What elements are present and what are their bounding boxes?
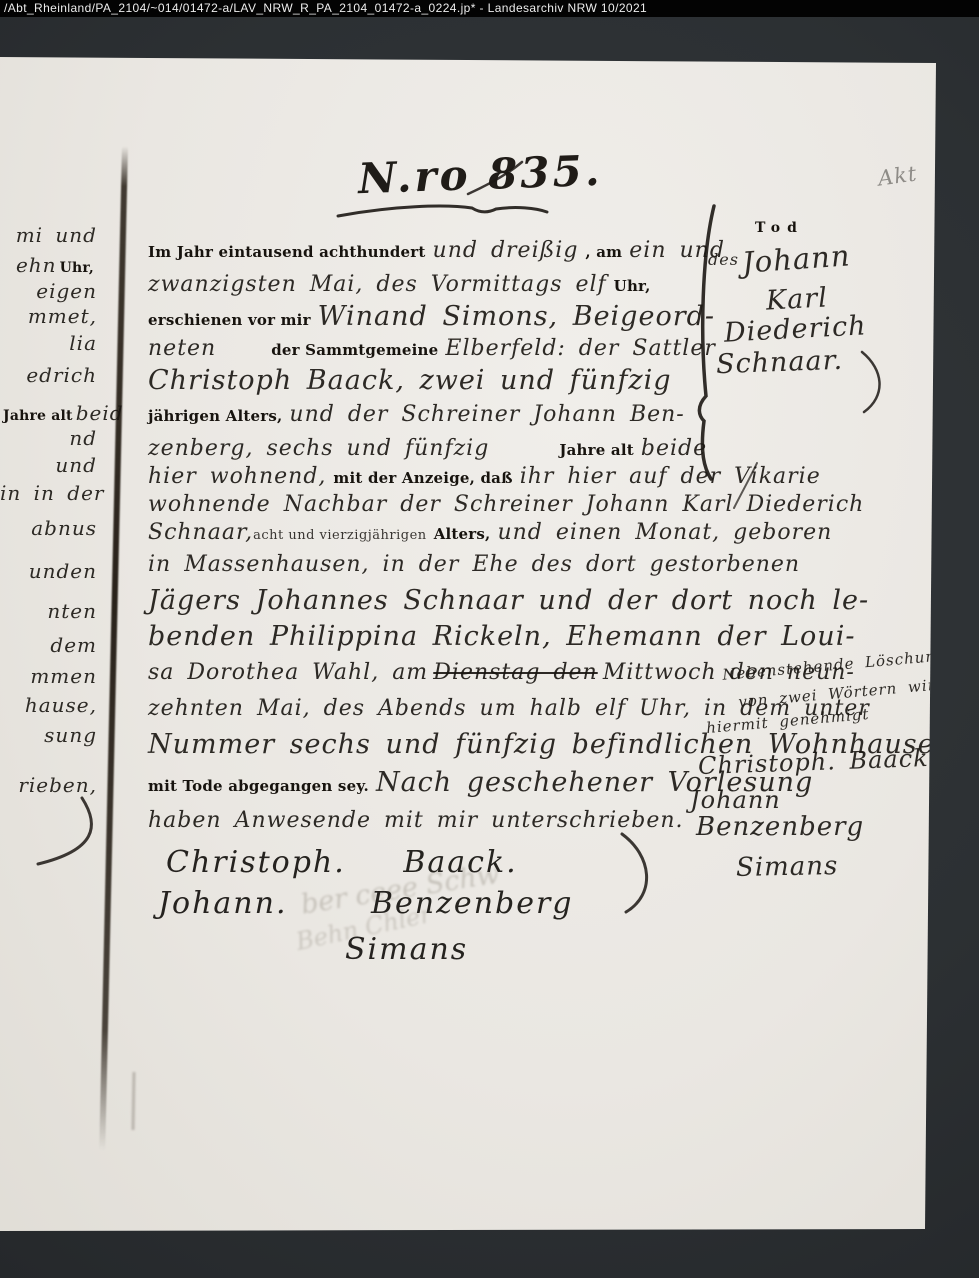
record-number: N.ro 835. — [357, 146, 603, 203]
handwritten-fragment: unden — [29, 559, 97, 583]
struck-through-words: Dienstag den — [433, 660, 597, 685]
handwritten-fragment: in in der — [0, 481, 104, 505]
printed-form-text: Jahre alt — [559, 441, 634, 459]
handwritten-fragment: dem — [50, 633, 97, 657]
margin-des: des — [708, 250, 739, 269]
record-line: Schnaar,acht und vierzigjährigenAlters,u… — [148, 518, 832, 551]
printed-form-text: der Sammtgemeine — [271, 341, 438, 359]
printed-form-text: jährigen Alters, — [148, 407, 282, 425]
printed-form-text: , am — [585, 243, 622, 261]
handwritten-entry: und dreißig — [433, 238, 579, 263]
scanned-register-page: mi und ehnUhr, eigen mmet, lia edrich Ja… — [0, 0, 979, 1278]
signature-christoph-baack: Christoph. Baack. — [166, 845, 518, 880]
handwritten-fragment: hause, — [25, 693, 97, 717]
book-binding-crease — [99, 146, 128, 1151]
handwritten-entry: zenberg, sechs und fünfzig — [148, 436, 489, 461]
record-line: zenberg, sechs und fünfzigJahre altbeide — [148, 434, 707, 465]
record-line: hier wohnend,mit der Anzeige, daßihr hie… — [148, 462, 821, 493]
handwritten-entry: Christoph Baack, zwei und fünfzig — [148, 365, 672, 396]
signature-simans: Simans — [345, 932, 468, 967]
margin-name-line: Johann — [741, 238, 852, 279]
printed-form-text: mit der Anzeige, daß — [333, 469, 512, 487]
handwritten-fragment: mi und — [16, 223, 97, 247]
left-page-fragment: eigen — [0, 278, 97, 306]
handwritten-entry: beide — [641, 436, 707, 461]
record-line: wohnende Nachbar der Schreiner Johann Ka… — [148, 490, 864, 521]
left-page-fragment: rieben, — [0, 772, 97, 800]
left-page-fragment: in in der — [0, 480, 97, 508]
printed-form-text: erschienen vor mir — [148, 311, 311, 329]
handwritten-entry: wohnende Nachbar der Schreiner Johann Ka… — [148, 492, 864, 517]
record-line: netender SammtgemeineElberfeld: der Satt… — [148, 334, 716, 365]
margin-signature: Benzenberg — [696, 812, 864, 842]
left-page-fragment: nd — [0, 425, 97, 453]
left-page-fragment: dem — [0, 632, 97, 660]
handwritten-entry: ihr hier auf der Vikarie — [520, 464, 821, 489]
pencil-note: Akt — [877, 161, 919, 190]
window-title-bar: /Abt_Rheinland/PA_2104/~014/01472-a/LAV_… — [0, 0, 979, 17]
handwritten-fragment: eigen — [36, 279, 97, 303]
left-page-fragment: mi und — [0, 222, 97, 250]
handwritten-entry: Winand Simons, Beigeord- — [318, 301, 715, 332]
handwritten-fragment: nten — [47, 599, 97, 623]
handwritten-fragment: beid — [76, 401, 124, 425]
handwritten-fragment: lia — [69, 331, 97, 355]
record-line: benden Philippina Rickeln, Ehemann der L… — [148, 622, 855, 655]
record-line: Im Jahr eintausend achthundertund dreißi… — [148, 236, 725, 267]
record-line: in Massenhausen, in der Ehe des dort ges… — [148, 550, 800, 581]
record-line: Jägers Johannes Schnaar und der dort noc… — [148, 586, 869, 619]
printed-fragment: Jahre alt — [3, 408, 73, 424]
left-page-fragment: mmet, — [0, 303, 97, 331]
record-line: haben Anwesende mit mir unterschrieben. — [148, 806, 684, 837]
handwritten-entry: und einen Monat, geboren — [497, 520, 832, 545]
left-page-fragment: und — [0, 452, 97, 480]
left-page-fragment: edrich — [0, 362, 97, 390]
handwritten-entry: sa Dorothea Wahl, am — [148, 660, 428, 685]
handwritten-entry: zwanzigsten Mai, des Vormittags elf — [148, 272, 607, 297]
printed-form-text: mit Tode abgegangen sey. — [148, 777, 369, 795]
handwritten-fragment: mmen — [30, 664, 97, 688]
handwritten-entry: hier wohnend, — [148, 464, 326, 489]
record-line: Christoph Baack, zwei und fünfzig — [148, 366, 672, 399]
left-page-fragment: unden — [0, 558, 97, 586]
handwritten-entry: Elberfeld: der Sattler — [445, 336, 715, 361]
handwritten-insert: acht und vierzigjährigen — [253, 528, 427, 543]
printed-fragment: Uhr, — [60, 260, 94, 276]
binding-crease-shadow — [131, 1072, 135, 1130]
handwritten-fragment: nd — [69, 426, 97, 450]
margin-name-line: Diederich — [723, 310, 867, 348]
left-page-fragment: hause, — [0, 692, 97, 720]
left-page-fragment: abnus — [0, 515, 97, 543]
record-line: jährigen Alters,und der Schreiner Johann… — [148, 400, 685, 431]
printed-form-text: Uhr, — [614, 277, 651, 295]
margin-heading-tod: Tod — [755, 220, 804, 236]
handwritten-fragment: mmet, — [28, 304, 97, 328]
handwritten-entry: Jägers Johannes Schnaar und der dort noc… — [148, 585, 869, 616]
handwritten-fragment: sung — [44, 723, 97, 747]
handwritten-entry: und der Schreiner Johann Ben- — [289, 402, 684, 427]
margin-signature: Johann — [690, 786, 781, 814]
left-page-fragment: sung — [0, 722, 97, 750]
handwritten-fragment: rieben, — [18, 773, 97, 797]
margin-name-line: Karl — [765, 282, 828, 316]
handwritten-entry: haben Anwesende mit mir unterschrieben. — [148, 808, 684, 833]
signature-johann-benzenberg: Johann. Benzenberg — [158, 886, 574, 921]
handwritten-fragment: ehn — [16, 253, 57, 277]
record-line: erschienen vor mirWinand Simons, Beigeor… — [148, 302, 715, 335]
handwritten-fragment: abnus — [31, 516, 97, 540]
left-page-fragment: mmen — [0, 663, 97, 691]
handwritten-entry: neten — [148, 336, 216, 361]
printed-form-text: Alters, — [434, 525, 491, 543]
handwritten-fragment: edrich — [26, 363, 97, 387]
margin-signature: Simans — [736, 851, 839, 883]
screenshot-root: { "window": { "title": "/Abt_Rheinland/P… — [0, 0, 979, 1278]
handwritten-entry: in Massenhausen, in der Ehe des dort ges… — [148, 552, 800, 577]
printed-form-text: Im Jahr eintausend achthundert — [148, 243, 426, 261]
handwritten-entry: benden Philippina Rickeln, Ehemann der L… — [148, 621, 855, 652]
margin-name-line: Schnaar. — [715, 345, 843, 380]
handwritten-entry: Schnaar, — [148, 520, 253, 545]
record-line: zwanzigsten Mai, des Vormittags elfUhr, — [148, 270, 658, 301]
window-title: /Abt_Rheinland/PA_2104/~014/01472-a/LAV_… — [0, 0, 979, 16]
left-page-fragment: lia — [0, 330, 97, 358]
left-page-fragment: ehnUhr, — [0, 252, 97, 281]
left-page-fragment: nten — [0, 598, 97, 626]
handwritten-fragment: und — [55, 453, 97, 477]
